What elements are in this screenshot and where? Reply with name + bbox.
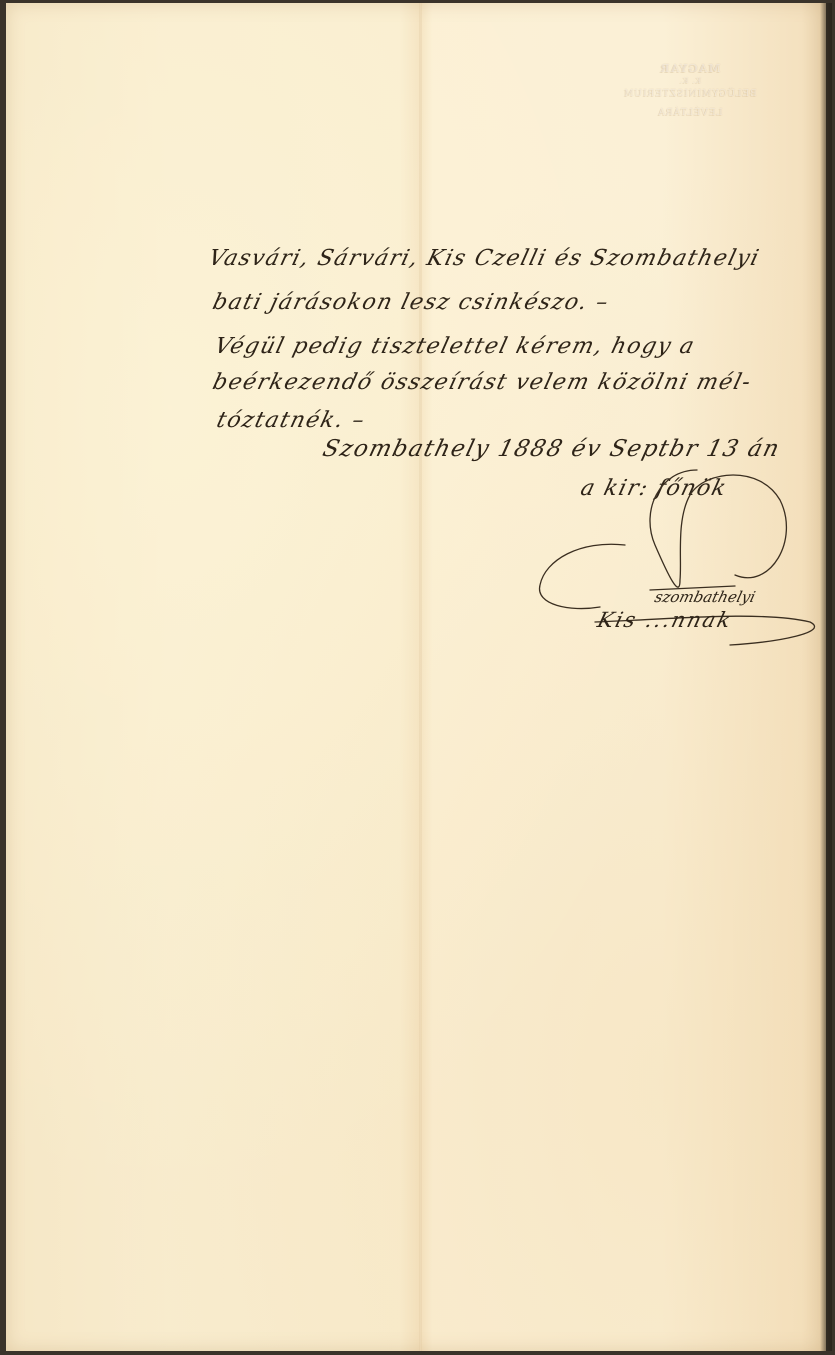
body-line: beérkezendő összeírást velem közölni mél… (210, 370, 754, 395)
page-edge-shadow (820, 3, 832, 1351)
signature-name: Kis ...nnak (595, 608, 735, 632)
embossed-stamp: MAGYAR K. K. BELÜGYMINISZTERIUM LEVÉLTÁR… (605, 62, 775, 120)
stamp-line: BELÜGYMINISZTERIUM (605, 88, 775, 101)
stamp-line: MAGYAR (605, 62, 775, 75)
center-fold (419, 3, 422, 1351)
body-line: Végül pedig tisztelettel kérem, hogy a (212, 334, 698, 359)
dateline: Szombathely 1888 év Septbr 13 án (320, 436, 783, 462)
stamp-line: K. K. (605, 75, 775, 88)
paper-sheet (6, 3, 826, 1351)
stamp-line: LEVÉLTÁRA (605, 107, 775, 120)
signature-title: szombathelyi (653, 588, 758, 606)
body-line: bati járásokon lesz csinkészo. – (210, 290, 612, 315)
closing: a kir: főnök (578, 476, 730, 501)
body-line: tóztatnék. – (214, 408, 368, 433)
body-line: Vasvári, Sárvári, Kis Czelli és Szombath… (206, 246, 762, 271)
